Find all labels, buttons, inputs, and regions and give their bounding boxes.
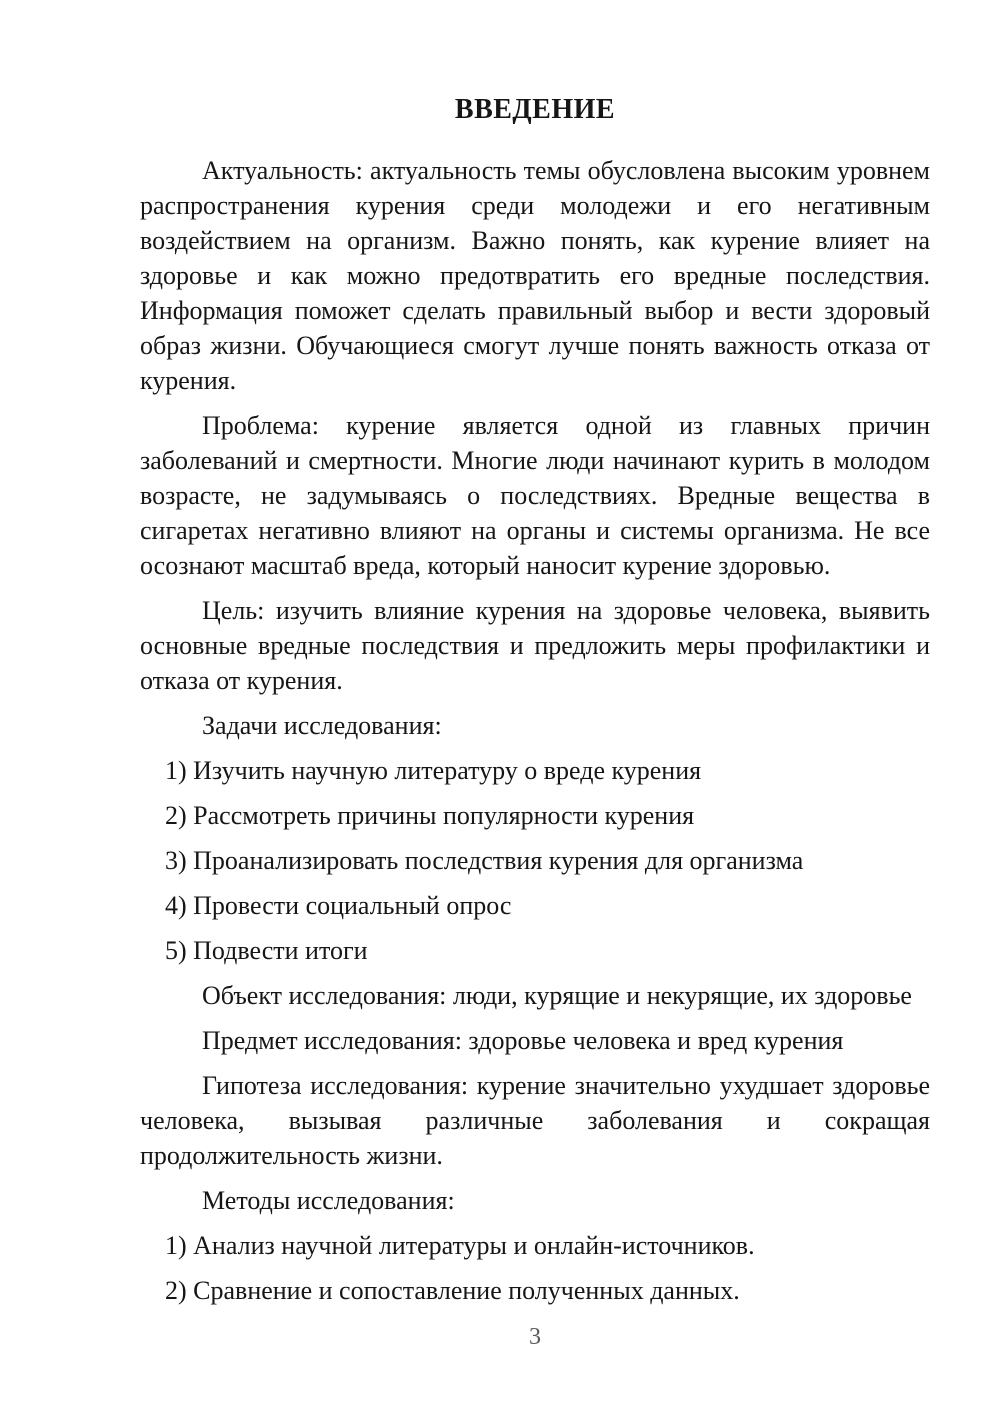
method-list-item-1: 1) Анализ научной литературы и онлайн-ис… xyxy=(140,1228,930,1263)
task-list-item-1: 1) Изучить научную литературу о вреде ку… xyxy=(140,753,930,788)
paragraph-relevance: Актуальность: актуальность темы обусловл… xyxy=(140,153,930,398)
paragraph-hypothesis: Гипотеза исследования: курение значитель… xyxy=(140,1068,930,1173)
page-number: 3 xyxy=(140,1320,930,1355)
task-list-item-4: 4) Провести социальный опрос xyxy=(140,888,930,923)
paragraph-problem: Проблема: курение является одной из глав… xyxy=(140,408,930,583)
document-page: ВВЕДЕНИЕ Актуальность: актуальность темы… xyxy=(0,0,1000,1414)
method-list-item-2: 2) Сравнение и сопоставление полученных … xyxy=(140,1273,930,1308)
paragraph-goal: Цель: изучить влияние курения на здоровь… xyxy=(140,593,930,698)
task-list-item-3: 3) Проанализировать последствия курения … xyxy=(140,843,930,878)
task-list-item-2: 2) Рассмотреть причины популярности куре… xyxy=(140,798,930,833)
task-list-item-5: 5) Подвести итоги xyxy=(140,933,930,968)
paragraph-object: Объект исследования: люди, курящие и нек… xyxy=(140,978,930,1013)
paragraph-tasks-heading: Задачи исследования: xyxy=(140,708,930,743)
paragraph-subject: Предмет исследования: здоровье человека … xyxy=(140,1023,930,1058)
page-title: ВВЕДЕНИЕ xyxy=(140,92,930,127)
paragraph-methods-heading: Методы исследования: xyxy=(140,1183,930,1218)
